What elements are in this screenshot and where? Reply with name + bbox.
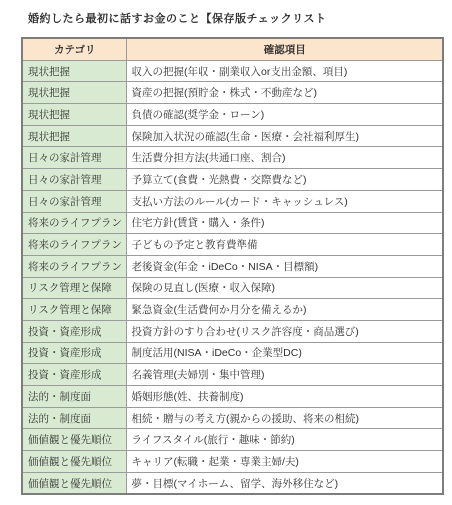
category-cell: 現状把握 <box>22 125 126 147</box>
category-cell: 現状把握 <box>22 60 126 82</box>
item-cell: ライフスタイル(旅行・趣味・節約) <box>126 429 443 451</box>
table-row: 現状把握資産の把握(預貯金・株式・不動産など) <box>22 82 443 104</box>
table-header-row: カテゴリ 確認項目 <box>22 38 443 60</box>
checklist-table-body: 現状把握収入の把握(年収・副業収入or支出金額、項目)現状把握資産の把握(預貯金… <box>22 60 443 494</box>
category-cell: 法的・制度面 <box>22 407 126 429</box>
item-cell: 制度活用(NISA・iDeCo・企業型DC) <box>126 342 443 364</box>
item-cell: 支払い方法のルール(カード・キャッシュレス) <box>126 190 443 212</box>
category-cell: 法的・制度面 <box>22 386 126 408</box>
table-row: 投資・資産形成名義管理(夫婦別・集中管理) <box>22 364 443 386</box>
table-row: リスク管理と保障緊急資金(生活費何か月分を備えるか) <box>22 299 443 321</box>
category-column-header: カテゴリ <box>22 38 126 60</box>
category-cell: 将来のライフプラン <box>22 212 126 234</box>
table-row: 価値観と優先順位ライフスタイル(旅行・趣味・節約) <box>22 429 443 451</box>
item-cell: 投資方針のすり合わせ(リスク許容度・商品選び) <box>126 320 443 342</box>
item-cell: 子どもの予定と教育費準備 <box>126 234 443 256</box>
item-cell: 生活費分担方法(共通口座、割合) <box>126 147 443 169</box>
table-row: 日々の家計管理支払い方法のルール(カード・キャッシュレス) <box>22 190 443 212</box>
table-row: 現状把握収入の把握(年収・副業収入or支出金額、項目) <box>22 60 443 82</box>
item-cell: 資産の把握(預貯金・株式・不動産など) <box>126 82 443 104</box>
table-row: 将来のライフプラン老後資金(年金・iDeCo・NISA・目標額) <box>22 255 443 277</box>
category-cell: 日々の家計管理 <box>22 169 126 191</box>
category-cell: 投資・資産形成 <box>22 320 126 342</box>
table-row: 現状把握保険加入状況の確認(生命・医療・会社福利厚生) <box>22 125 443 147</box>
item-cell: 保険加入状況の確認(生命・医療・会社福利厚生) <box>126 125 443 147</box>
category-cell: リスク管理と保障 <box>22 299 126 321</box>
category-cell: 日々の家計管理 <box>22 147 126 169</box>
checklist-table: カテゴリ 確認項目 現状把握収入の把握(年収・副業収入or支出金額、項目)現状把… <box>21 37 444 495</box>
page-title: 婚約したら最初に話すお金のこと【保存版チェックリスト <box>28 10 326 26</box>
category-cell: 現状把握 <box>22 82 126 104</box>
item-cell: 夢・目標(マイホーム、留学、海外移住など) <box>126 472 443 494</box>
category-cell: 価値観と優先順位 <box>22 429 126 451</box>
table-row: 法的・制度面婚姻形態(姓、扶養制度) <box>22 386 443 408</box>
item-cell: 収入の把握(年収・副業収入or支出金額、項目) <box>126 60 443 82</box>
table-row: 現状把握負債の確認(奨学金・ローン) <box>22 104 443 126</box>
category-cell: 価値観と優先順位 <box>22 451 126 473</box>
item-cell: 婚姻形態(姓、扶養制度) <box>126 386 443 408</box>
table-row: 法的・制度面相続・贈与の考え方(親からの援助、将来の相続) <box>22 407 443 429</box>
table-row: リスク管理と保障保険の見直し(医療・収入保障) <box>22 277 443 299</box>
item-cell: 緊急資金(生活費何か月分を備えるか) <box>126 299 443 321</box>
item-cell: 予算立て(食費・光熱費・交際費など) <box>126 169 443 191</box>
category-cell: 現状把握 <box>22 104 126 126</box>
table-row: 将来のライフプラン子どもの予定と教育費準備 <box>22 234 443 256</box>
table-row: 価値観と優先順位夢・目標(マイホーム、留学、海外移住など) <box>22 472 443 494</box>
items-column-header: 確認項目 <box>126 38 443 60</box>
table-row: 投資・資産形成投資方針のすり合わせ(リスク許容度・商品選び) <box>22 320 443 342</box>
item-cell: キャリア(転職・起業・専業主婦/夫) <box>126 451 443 473</box>
item-cell: 保険の見直し(医療・収入保障) <box>126 277 443 299</box>
item-cell: 相続・贈与の考え方(親からの援助、将来の相続) <box>126 407 443 429</box>
page: 婚約したら最初に話すお金のこと【保存版チェックリスト カテゴリ 確認項目 現状把… <box>0 0 452 505</box>
category-cell: リスク管理と保障 <box>22 277 126 299</box>
category-cell: 投資・資産形成 <box>22 342 126 364</box>
table-row: 日々の家計管理生活費分担方法(共通口座、割合) <box>22 147 443 169</box>
category-cell: 日々の家計管理 <box>22 190 126 212</box>
category-cell: 価値観と優先順位 <box>22 472 126 494</box>
item-cell: 老後資金(年金・iDeCo・NISA・目標額) <box>126 255 443 277</box>
table-row: 投資・資産形成制度活用(NISA・iDeCo・企業型DC) <box>22 342 443 364</box>
category-cell: 将来のライフプラン <box>22 234 126 256</box>
item-cell: 住宅方針(賃貸・購入・条件) <box>126 212 443 234</box>
table-row: 日々の家計管理予算立て(食費・光熱費・交際費など) <box>22 169 443 191</box>
item-cell: 名義管理(夫婦別・集中管理) <box>126 364 443 386</box>
item-cell: 負債の確認(奨学金・ローン) <box>126 104 443 126</box>
table-row: 将来のライフプラン住宅方針(賃貸・購入・条件) <box>22 212 443 234</box>
category-cell: 将来のライフプラン <box>22 255 126 277</box>
table-row: 価値観と優先順位キャリア(転職・起業・専業主婦/夫) <box>22 451 443 473</box>
category-cell: 投資・資産形成 <box>22 364 126 386</box>
